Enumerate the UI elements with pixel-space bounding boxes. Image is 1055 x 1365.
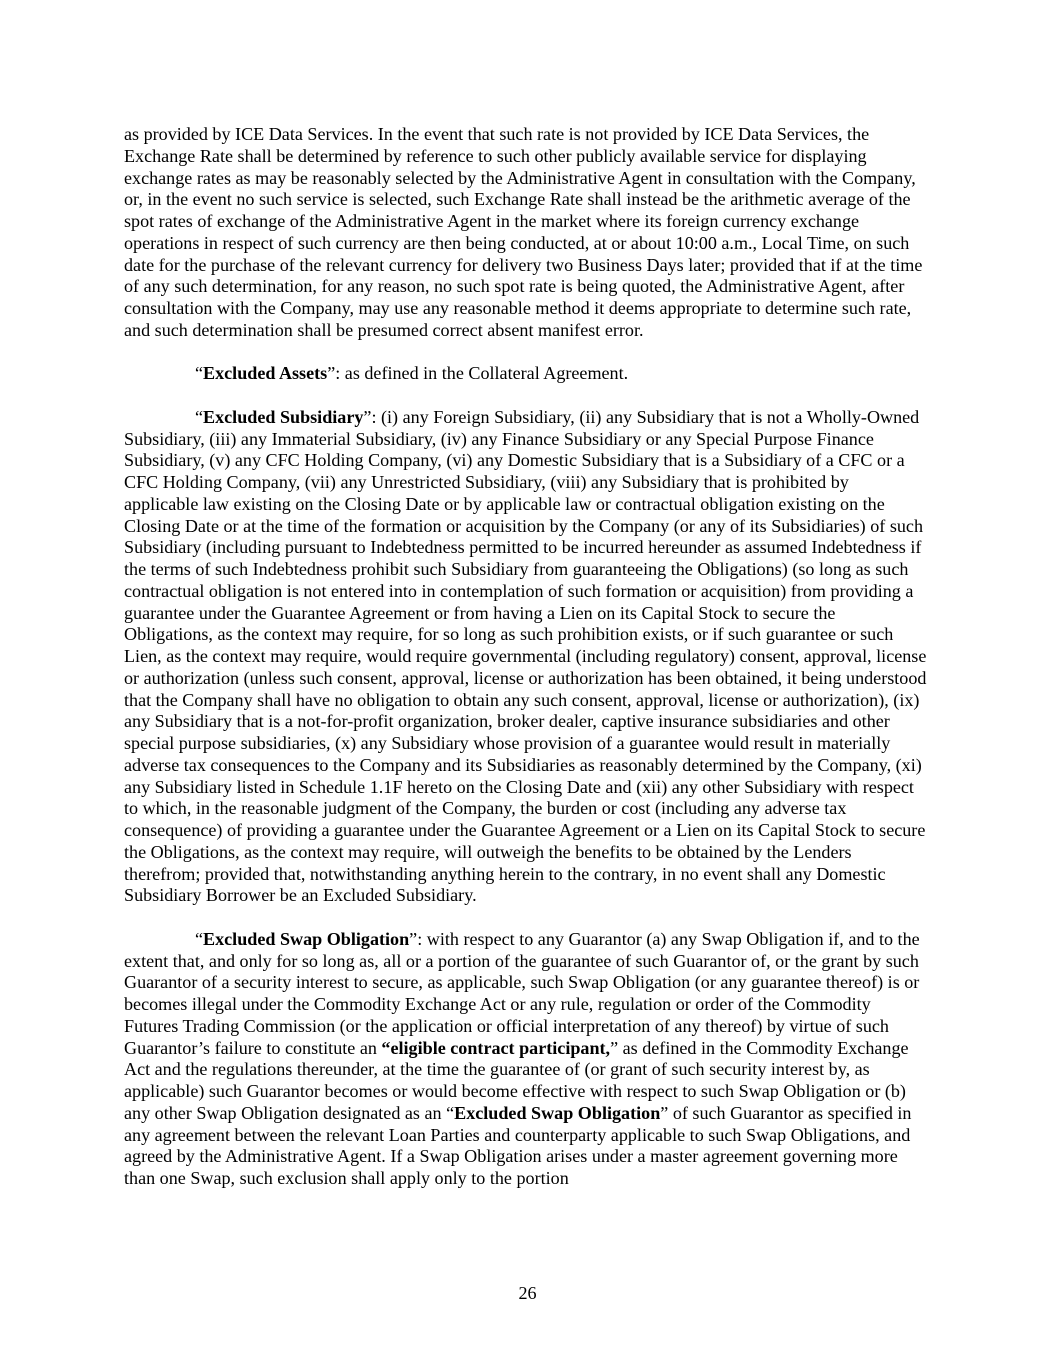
paragraph-text: as provided by ICE Data Services. In the… — [124, 124, 922, 340]
definition-text: : as defined in the Collateral Agreement… — [335, 363, 628, 383]
inline-term-eligible-contract-participant: “eligible contract participant, — [381, 1038, 610, 1058]
inline-term-excluded-swap-obligation: Excluded Swap Obligation — [454, 1103, 660, 1123]
open-quote: “ — [195, 407, 203, 427]
close-quote: ” — [409, 929, 417, 949]
defined-term: Excluded Assets — [203, 363, 327, 383]
open-quote: “ — [195, 929, 203, 949]
open-quote: “ — [195, 363, 203, 383]
definition-excluded-subsidiary: “Excluded Subsidiary”: (i) any Foreign S… — [124, 407, 927, 907]
page-number: 26 — [0, 1283, 1055, 1304]
defined-term: Excluded Swap Obligation — [203, 929, 409, 949]
document-page: as provided by ICE Data Services. In the… — [124, 124, 927, 1212]
paragraph-exchange-rate-continued: as provided by ICE Data Services. In the… — [124, 124, 927, 342]
definition-text: : (i) any Foreign Subsidiary, (ii) any S… — [124, 407, 926, 906]
definition-excluded-assets: “Excluded Assets”: as defined in the Col… — [124, 363, 927, 385]
defined-term: Excluded Subsidiary — [203, 407, 363, 427]
definition-excluded-swap-obligation: “Excluded Swap Obligation”: with respect… — [124, 929, 927, 1190]
